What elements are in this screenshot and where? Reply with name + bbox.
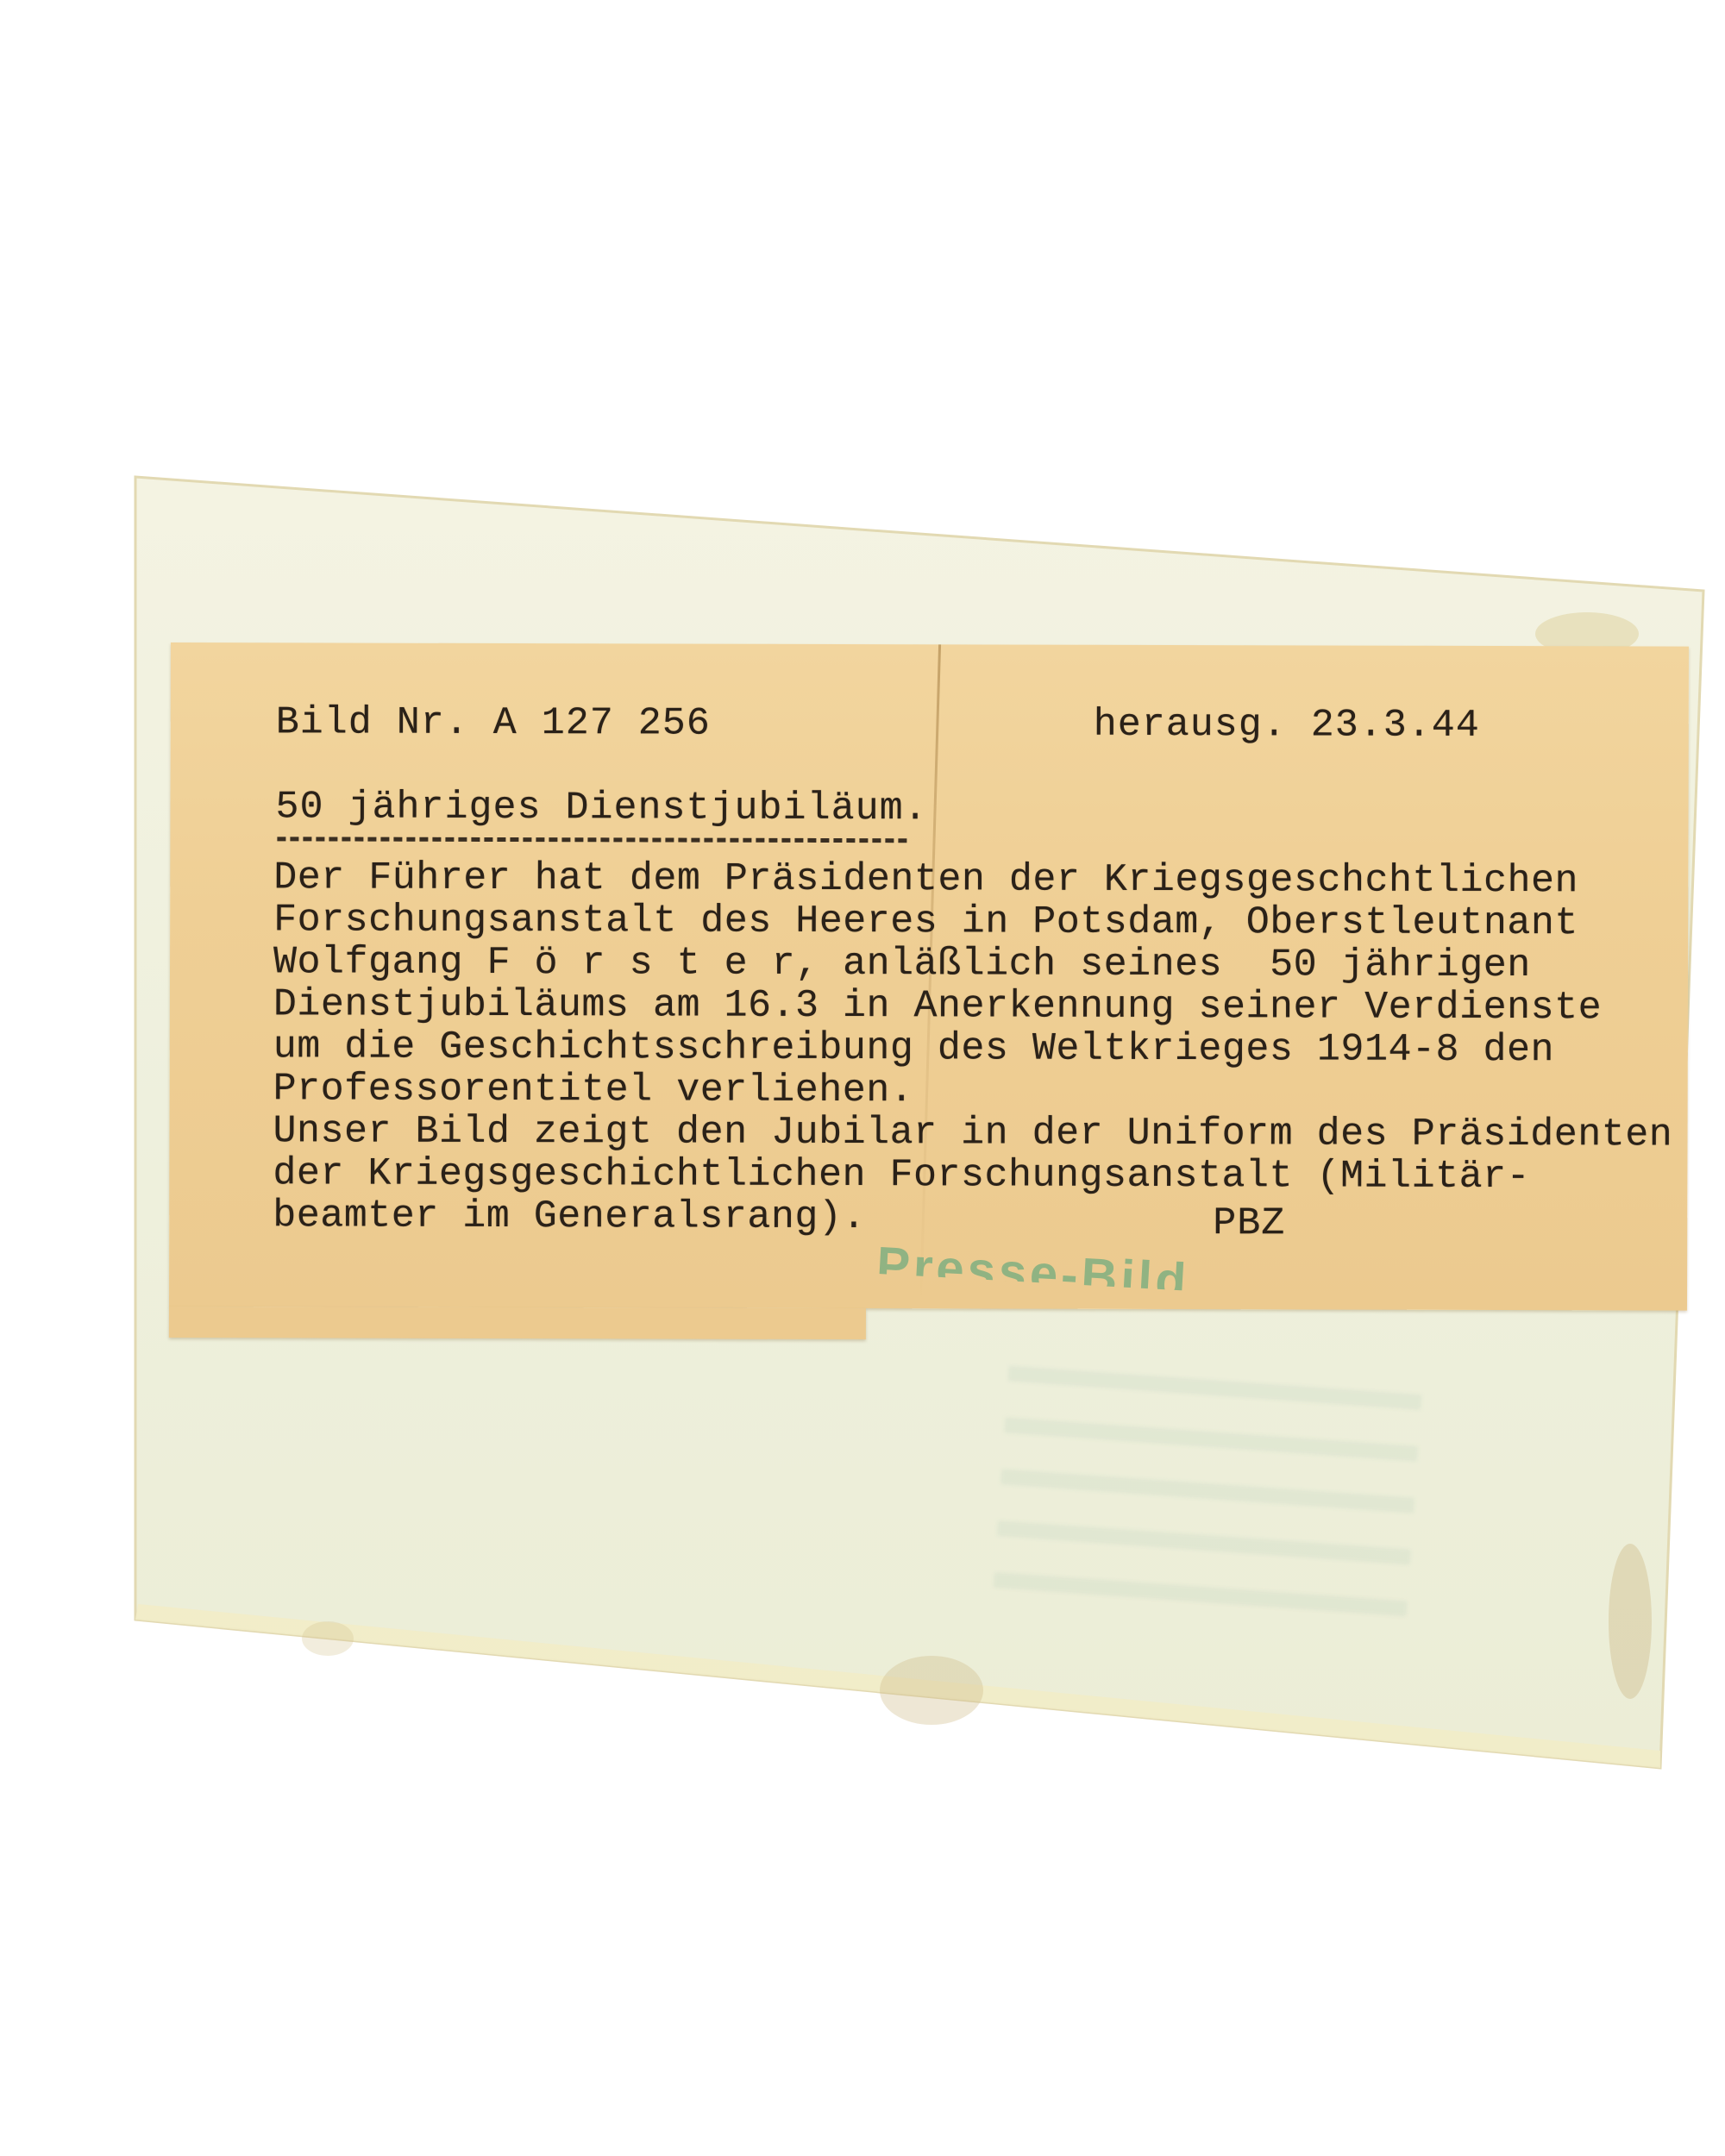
caption-body-line: beamter im Generalsrang).	[273, 1194, 1672, 1240]
dashed-rule	[277, 837, 906, 843]
caption-body: Der Führer hat dem Präsidenten der Krieg…	[273, 856, 1673, 1240]
caption-body-line: der Kriegsgeschichtlichen Forschungsanst…	[273, 1152, 1672, 1198]
agency-signature: PBZ	[1213, 1204, 1285, 1243]
caption-body-line: Wolfgang F ö r s t e r, anläßlich seines…	[273, 941, 1673, 987]
presse-bild-stamp: Presse-Bild	[875, 1236, 1191, 1311]
caption-body-line: Professorentitel verliehen.	[273, 1068, 1673, 1113]
caption-body-line: um die Geschichtsschreibung des Weltkrie…	[273, 1025, 1673, 1071]
photo-scene: Bild Nr. A 127 256 herausg. 23.3.44 50 j…	[0, 0, 1725, 2156]
caption-body-line: Dienstjubiläums am 16.3 in Anerkennung s…	[273, 983, 1673, 1029]
photo-number: Bild Nr. A 127 256	[276, 703, 711, 743]
caption-body-line: Der Führer hat dem Präsidenten der Krieg…	[273, 856, 1673, 902]
caption-body-line: Unser Bild zeigt den Jubilar in der Unif…	[273, 1110, 1672, 1156]
caption-title: 50 jähriges Dienstjubiläum.	[275, 787, 927, 828]
issue-date: herausg. 23.3.44	[1094, 705, 1480, 745]
caption-body-line: Forschungsanstalt des Heeres in Potsdam,…	[273, 899, 1673, 944]
faint-backing-stamp	[994, 1366, 1422, 1619]
caption-slip: Bild Nr. A 127 256 herausg. 23.3.44 50 j…	[169, 642, 1689, 1311]
